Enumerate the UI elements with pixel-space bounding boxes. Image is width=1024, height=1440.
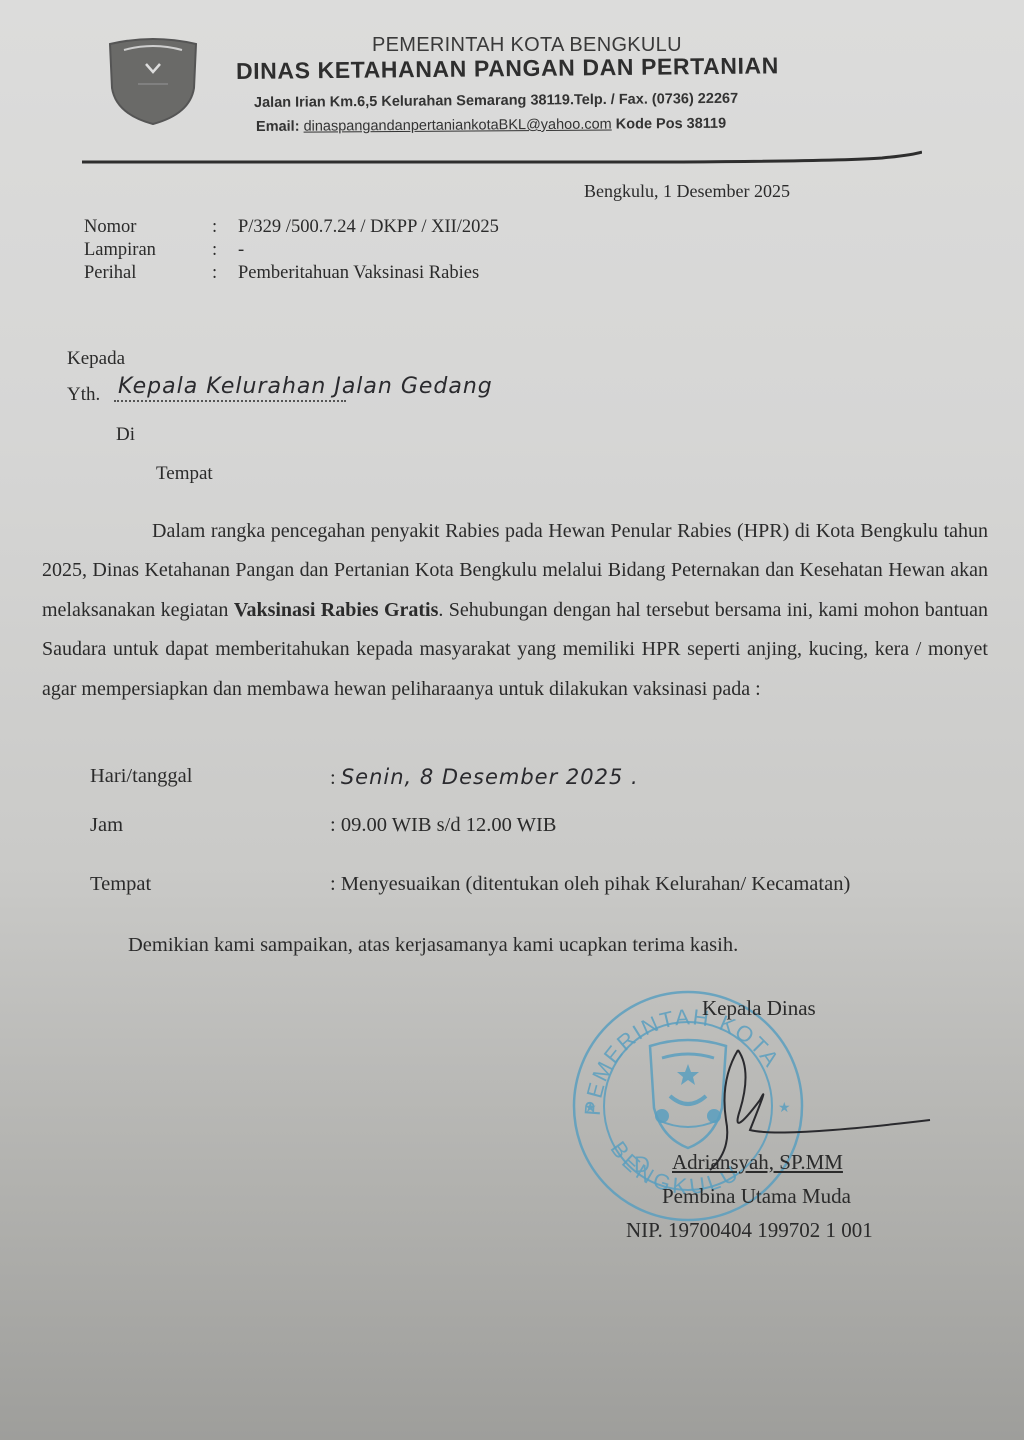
signatory-name: Adriansyah, SP.MM xyxy=(672,1150,843,1175)
postal-code: Kode Pos 38119 xyxy=(612,116,727,133)
signatory-title: Kepala Dinas xyxy=(702,996,816,1021)
letter-meta: Nomor:P/329 /500.7.24 / DKPP / XII/2025 … xyxy=(84,216,499,285)
meta-lampiran: Lampiran:- xyxy=(84,239,499,262)
closing-sentence: Demikian kami sampaikan, atas kerjasaman… xyxy=(128,934,738,957)
letterhead-agency: DINAS KETAHANAN PANGAN DAN PERTANIAN xyxy=(236,52,779,85)
email-link[interactable]: dinaspangandanpertaniankotaBKL@yahoo.com xyxy=(303,117,611,135)
recipient-tempat: Tempat xyxy=(156,463,213,485)
signatory-nip: NIP. 19700404 199702 1 001 xyxy=(626,1218,873,1243)
letterhead-contact: Email: dinaspangandanpertaniankotaBKL@ya… xyxy=(256,116,726,135)
letterhead-address: Jalan Irian Km.6,5 Kelurahan Semarang 38… xyxy=(254,91,738,111)
meta-perihal: Perihal:Pemberitahuan Vaksinasi Rabies xyxy=(84,262,499,285)
letter-date: Bengkulu, 1 Desember 2025 xyxy=(584,181,790,202)
email-label: Email: xyxy=(256,119,304,135)
signatory-rank: Pembina Utama Muda xyxy=(662,1184,851,1209)
letterhead-divider xyxy=(82,150,922,170)
recipient-di: Di xyxy=(116,424,135,446)
recipient-kepada: Kepada xyxy=(67,348,125,370)
recipient-yth: Yth. xyxy=(67,384,100,406)
government-logo-icon xyxy=(104,36,202,126)
body-paragraph: Dalam rangka pencegahan penyakit Rabies … xyxy=(42,512,988,709)
meta-nomor: Nomor:P/329 /500.7.24 / DKPP / XII/2025 xyxy=(84,216,499,239)
recipient-name-handwritten: Kepala Kelurahan Jalan Gedang xyxy=(118,374,493,399)
highlight-free-vaccination: Vaksinasi Rabies Gratis xyxy=(234,599,439,621)
schedule-day-handwritten: Senin, 8 Desember 2025 . xyxy=(341,765,639,789)
